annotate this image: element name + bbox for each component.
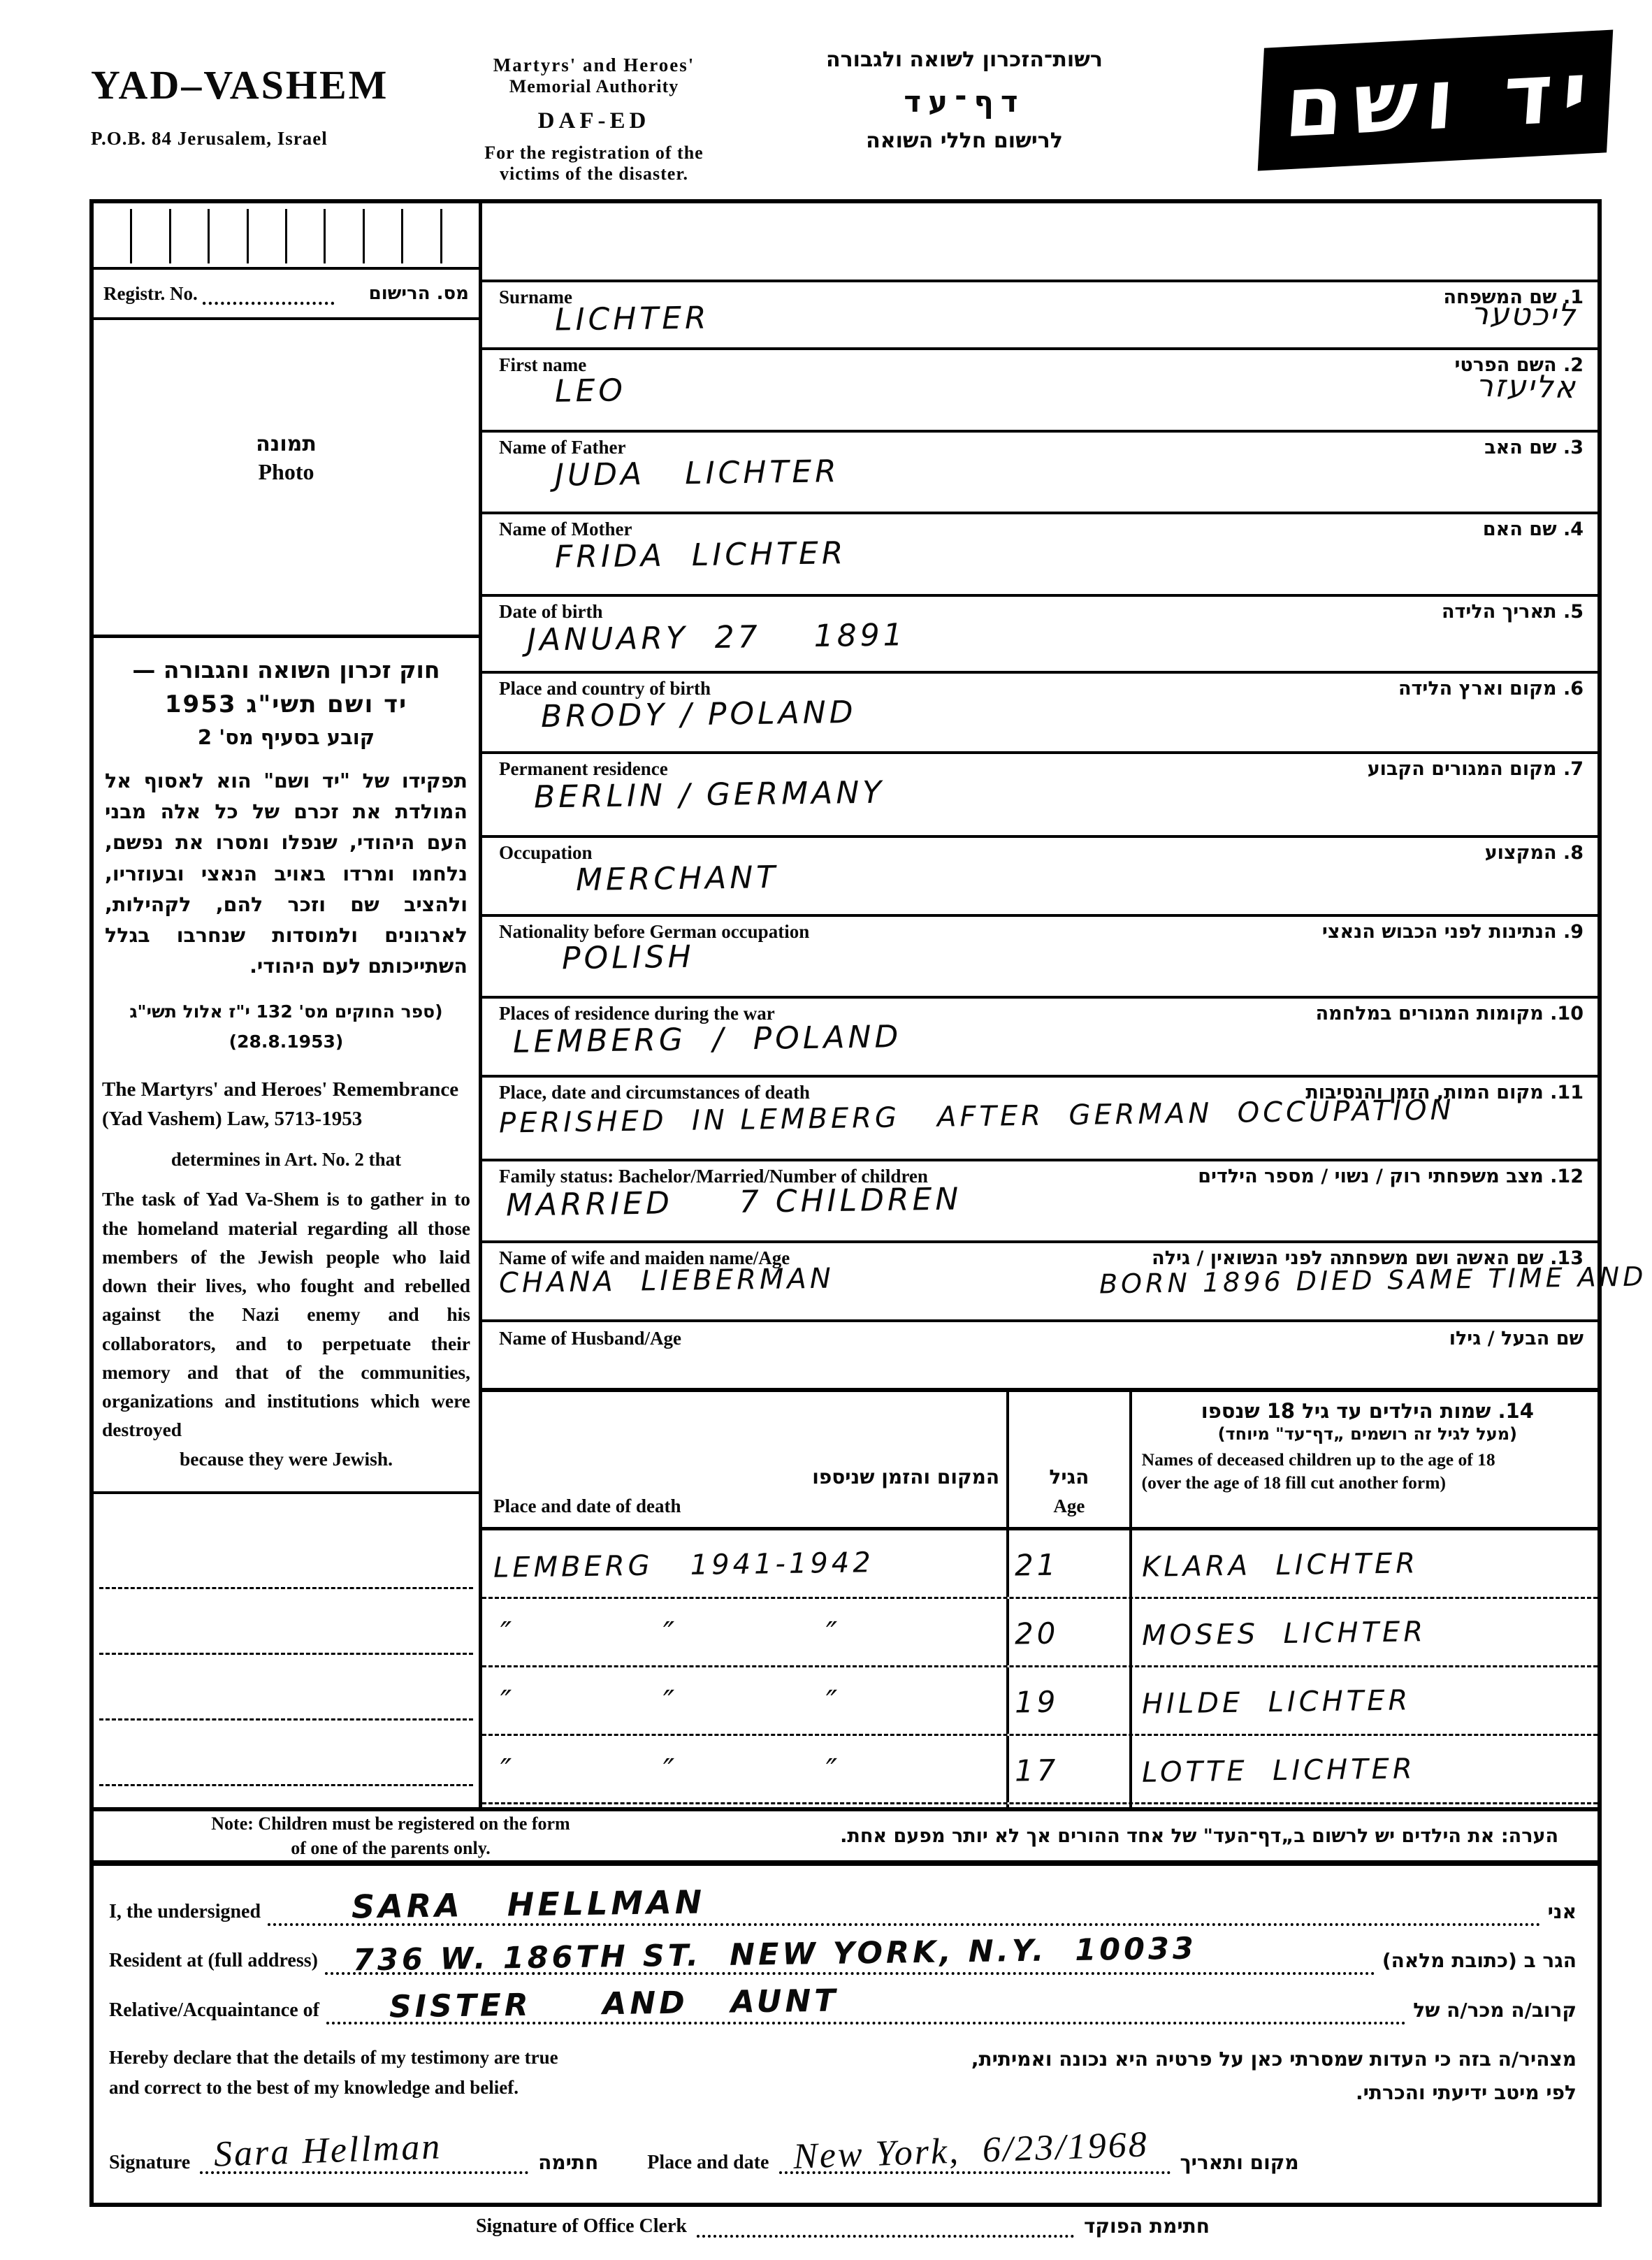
birth-date-label-he: 5. תאריך הלידה xyxy=(1442,601,1584,623)
mother-label-he: 4. שם האם xyxy=(1483,519,1584,540)
nationality-label-he: 9. הנתינות לפני הכבוש הנאצי xyxy=(1322,921,1584,943)
photo-label-hebrew: תמונה xyxy=(94,432,479,456)
father-value: JUDA LICHTER xyxy=(555,454,840,493)
signature-row: Signature Sara Hellman חתימה Place and d… xyxy=(109,2130,1577,2174)
law-title-hebrew: חוק זכרון השואה והגבורה — יד ושם תשי"ג 1… xyxy=(94,638,479,753)
law-paragraph-hebrew: תפקידו של "יד ושם" הוא לאסוף אל המולדת א… xyxy=(94,753,479,982)
ditto-mark: ″ xyxy=(500,1684,512,1720)
occupation-label-he: 8. המקצוע xyxy=(1485,842,1584,864)
declare-he-line2: לפי מיטב ידיעתי והכרתי. xyxy=(843,2076,1577,2110)
children-header-subtitle-he: (מעל לגיל זה רושמים „דף־עד" מיוחד) xyxy=(1142,1424,1593,1444)
children-table-row: ″ ″ ″ 17 LOTTE LICHTER xyxy=(482,1736,1597,1804)
declaration-section: I, the undersigned SARA HELLMAN אני Resi… xyxy=(94,1860,1597,2238)
declare-he-line1: מצהיר/ה בזה כי העדות שמסרתי כאן על פרטיה… xyxy=(843,2043,1577,2076)
children-table-row: ″ ″ ″ 20 MOSES LICHTER xyxy=(482,1599,1597,1667)
field-row-war-residence: Places of residence during the war 10. מ… xyxy=(482,999,1597,1078)
daf-ed-form-page: YAD–VASHEM P.O.B. 84 Jerusalem, Israel M… xyxy=(0,0,1652,2260)
law-citation: (ספר החוקים מס' 132 י"ז אלול תשי"ג (28.8… xyxy=(94,982,479,1057)
children-table-header: המקום והזמן שניספו Place and date of dea… xyxy=(482,1392,1597,1530)
form-code: DAF-ED xyxy=(419,108,769,134)
age-header-he: הגיל xyxy=(1015,1465,1124,1488)
photo-box: תמונה Photo xyxy=(94,320,479,638)
birth-place-value: BRODY / POLAND xyxy=(541,695,857,734)
children-header-title-he: 14. שמות הילדים עד גיל 18 שנספו xyxy=(1142,1399,1593,1423)
relative-label-hebrew: קרוב/ה מכר/ה של xyxy=(1413,1999,1577,2024)
resident-value: 736 W. 186TH ST. NEW YORK, N.Y. 10033 xyxy=(353,1932,1198,1978)
residence-label-he: 7. מקום המגורים הקבוע xyxy=(1368,758,1584,780)
law-title-english: The Martyrs' and Heroes' Remembrance (Ya… xyxy=(94,1057,479,1133)
fields-top-spacer xyxy=(482,203,1597,282)
org-address: P.O.B. 84 Jerusalem, Israel xyxy=(91,128,419,150)
logo-text: יד ושם xyxy=(1274,44,1597,157)
field-row-family-status: Family status: Bachelor/Married/Number o… xyxy=(482,1161,1597,1243)
law-determines-line: determines in Art. No. 2 that xyxy=(94,1133,479,1171)
war-residence-label-he: 10. מקומות המגורים במלחמה xyxy=(1316,1003,1584,1024)
field-row-nationality: Nationality before German occupation 9. … xyxy=(482,917,1597,999)
registr-no-dotted-line: ...................... xyxy=(202,288,365,310)
signature-label: Signature xyxy=(109,2152,190,2174)
law-paragraph-english: The task of Yad Va-Shem is to gather in … xyxy=(94,1171,479,1473)
family-status-value: MARRIED 7 CHILDREN xyxy=(506,1181,962,1223)
child-name: KLARA LICHTER xyxy=(1141,1547,1419,1584)
children-table-filler xyxy=(482,1804,1597,1807)
child-name: MOSES LICHTER xyxy=(1141,1616,1426,1652)
residence-value: BERLIN / GERMANY xyxy=(534,774,885,815)
field-row-death: Place, date and circumstances of death 1… xyxy=(482,1078,1597,1161)
form-body-frame: Registr. No. ...................... מס. … xyxy=(89,199,1602,2207)
undersigned-value: SARA HELLMAN xyxy=(352,1883,706,1926)
place-date-value: New York, 6/23/1968 xyxy=(792,2124,1150,2178)
fields-column: Surname 1. שם המשפחה LICHTER ליכטער Firs… xyxy=(482,203,1597,1807)
purpose-line1: For the registration of the xyxy=(419,143,769,164)
child-age: 20 xyxy=(1015,1616,1059,1651)
note-hebrew: הערה: את הילדים יש לרשום ב„דף־העד" של אח… xyxy=(669,1825,1579,1847)
age-header-en: Age xyxy=(1015,1495,1124,1517)
registr-no-label-hebrew: מס. הרישום xyxy=(369,283,469,304)
left-column: Registr. No. ...................... מס. … xyxy=(94,203,482,1807)
upper-section: Registr. No. ...................... מס. … xyxy=(94,203,1597,1807)
ditto-mark: ″ xyxy=(500,1753,512,1788)
authority-line1: Martyrs' and Heroes' xyxy=(419,55,769,76)
birth-place-label-en: Place and country of birth xyxy=(499,678,711,700)
occupation-value: MERCHANT xyxy=(576,860,779,898)
mother-value: FRIDA LICHTER xyxy=(555,535,847,575)
residence-label-en: Permanent residence xyxy=(499,758,668,780)
registration-number-row: Registr. No. ...................... מס. … xyxy=(94,270,479,320)
photo-label-english: Photo xyxy=(94,459,479,485)
child-age: 19 xyxy=(1015,1685,1059,1720)
ditto-mark: ″ xyxy=(663,1616,675,1651)
children-table-row: LEMBERG 1941-1942 21 KLARA LICHTER xyxy=(482,1530,1597,1599)
registration-number-boxes xyxy=(94,203,479,270)
child-place-date: LEMBERG 1941-1942 xyxy=(493,1546,874,1584)
left-column-empty-lines xyxy=(94,1523,479,1807)
field-row-first-name: First name 2. השם הפרטי LEO אליעזר xyxy=(482,350,1597,433)
org-name-english: YAD–VASHEM xyxy=(91,61,419,108)
undersigned-label-hebrew: אני xyxy=(1548,1900,1577,1926)
relative-line: Relative/Acquaintance of SISTER AND AUNT… xyxy=(109,1986,1577,2024)
field-row-mother: Name of Mother 4. שם האם FRIDA LICHTER xyxy=(482,514,1597,597)
note-en-line1: Note: Children must be registered on the… xyxy=(112,1811,669,1836)
birth-date-label-en: Date of birth xyxy=(499,601,602,623)
war-residence-value: LEMBERG / POLAND xyxy=(513,1019,902,1060)
signature-value: Sara Hellman xyxy=(213,2127,442,2175)
children-table-row: ″ ″ ″ 19 HILDE LICHTER xyxy=(482,1667,1597,1736)
birth-place-label-he: 6. מקום וארץ הלידה xyxy=(1398,678,1584,700)
law-title-line3: קובע בסעיף מס' 2 xyxy=(106,725,466,749)
law-title-line2: יד ושם תשי"ג 1953 xyxy=(106,690,466,718)
law-paragraph-english-lastline: because they were Jewish. xyxy=(102,1444,470,1473)
ditto-mark: ″ xyxy=(826,1616,838,1651)
first-name-value: LEO xyxy=(555,372,627,409)
mother-label-en: Name of Mother xyxy=(499,519,632,540)
ditto-mark: ″ xyxy=(826,1753,838,1788)
declare-statement: Hereby declare that the details of my te… xyxy=(109,2043,1577,2109)
purpose-line2: victims of the disaster. xyxy=(419,164,769,184)
resident-label-hebrew: הגר ב (כתובת מלאה) xyxy=(1382,1949,1577,1975)
field-row-birth-place: Place and country of birth 6. מקום וארץ … xyxy=(482,674,1597,754)
relative-value: SISTER AND AUNT xyxy=(389,1983,839,2025)
field-row-father: Name of Father 3. שם האב JUDA LICHTER xyxy=(482,433,1597,514)
org-block-english: YAD–VASHEM P.O.B. 84 Jerusalem, Israel xyxy=(91,27,419,150)
children-header-en-line2: (over the age of 18 fill cut another for… xyxy=(1142,1471,1593,1494)
left-column-divider-rule xyxy=(94,1491,479,1494)
birth-date-value: JANUARY 27 1891 xyxy=(527,617,906,658)
child-name: HILDE LICHTER xyxy=(1141,1684,1411,1720)
office-clerk-label: Signature of Office Clerk xyxy=(476,2215,687,2238)
child-age: 21 xyxy=(1015,1548,1059,1583)
surname-value-hebrew: ליכטער xyxy=(1471,296,1577,334)
office-clerk-label-hebrew: חתימת הפוקד xyxy=(1084,2215,1210,2238)
surname-value: LICHTER xyxy=(555,300,710,338)
yad-vashem-logo: יד ושם xyxy=(1258,30,1614,171)
field-row-birth-date: Date of birth 5. תאריך הלידה JANUARY 27 … xyxy=(482,597,1597,674)
office-clerk-dotted-line xyxy=(697,2235,1074,2238)
org-name-hebrew: רשות־הזכרון לשואה ולגבורה xyxy=(769,48,1160,72)
note-en-line2: of one of the parents only. xyxy=(112,1836,669,1860)
note-row: Note: Children must be registered on the… xyxy=(94,1807,1597,1860)
ditto-mark: ″ xyxy=(663,1684,675,1720)
children-header-en-line1: Names of deceased children up to the age… xyxy=(1142,1448,1593,1471)
field-row-wife: Name of wife and maiden name/Age 13. שם … xyxy=(482,1243,1597,1322)
law-paragraph-english-text: The task of Yad Va-Shem is to gather in … xyxy=(102,1188,470,1440)
first-name-value-hebrew: אליעזר xyxy=(1476,368,1577,406)
declare-en-line1: Hereby declare that the details of my te… xyxy=(109,2043,784,2073)
undersigned-line: I, the undersigned SARA HELLMAN אני xyxy=(109,1885,1577,1926)
resident-label: Resident at (full address) xyxy=(109,1950,318,1975)
purpose-hebrew: לרישום חללי השואה xyxy=(769,129,1160,153)
field-row-husband: Name of Husband/Age שם הבעל / גילו xyxy=(482,1322,1597,1392)
signature-label-hebrew: חתימה xyxy=(538,2151,598,2174)
authority-line2: Memorial Authority xyxy=(419,76,769,97)
children-table: המקום והזמן שניספו Place and date of dea… xyxy=(482,1392,1597,1807)
occupation-label-en: Occupation xyxy=(499,842,593,864)
husband-label-he: שם הבעל / גילו xyxy=(1449,1328,1584,1349)
child-age: 17 xyxy=(1015,1753,1059,1788)
authority-block: Martyrs' and Heroes' Memorial Authority … xyxy=(419,27,769,184)
resident-line: Resident at (full address) 736 W. 186TH … xyxy=(109,1937,1577,1975)
note-english: Note: Children must be registered on the… xyxy=(112,1811,669,1860)
ditto-mark: ″ xyxy=(500,1616,512,1651)
law-citation-line2: (28.8.1953) xyxy=(94,1027,479,1057)
place-death-header-he: המקום והזמן שניספו xyxy=(493,1465,999,1488)
death-label-en: Place, date and circumstances of death xyxy=(499,1082,810,1103)
office-clerk-row: Signature of Office Clerk חתימת הפוקד xyxy=(109,2215,1577,2238)
wife-value: CHANA LIEBERMAN xyxy=(499,1263,834,1300)
child-name: LOTTE LICHTER xyxy=(1141,1753,1415,1788)
field-row-occupation: Occupation 8. המקצוע MERCHANT xyxy=(482,838,1597,917)
place-date-label: Place and date xyxy=(647,2152,769,2174)
form-code-hebrew: דף־עד xyxy=(769,85,1160,119)
place-death-header-en: Place and date of death xyxy=(493,1495,999,1517)
relative-label: Relative/Acquaintance of xyxy=(109,1999,319,2024)
place-date-label-hebrew: מקום ותאריך xyxy=(1180,2151,1299,2174)
father-label-en: Name of Father xyxy=(499,437,625,458)
husband-label-en: Name of Husband/Age xyxy=(499,1328,681,1349)
ditto-mark: ″ xyxy=(663,1753,675,1788)
declare-statement-hebrew: מצהיר/ה בזה כי העדות שמסרתי כאן על פרטיה… xyxy=(843,2043,1577,2109)
nationality-value: POLISH xyxy=(562,939,695,977)
family-status-label-he: 12. מצב משפחתי רוק / נשוי / מספר הילדים xyxy=(1198,1166,1584,1187)
father-label-he: 3. שם האב xyxy=(1484,437,1584,458)
field-row-residence: Permanent residence 7. מקום המגורים הקבו… xyxy=(482,754,1597,838)
law-title-line1: חוק זכרון השואה והגבורה — xyxy=(106,656,466,683)
org-block-hebrew: רשות־הזכרון לשואה ולגבורה דף־עד לרישום ח… xyxy=(769,27,1160,153)
ditto-mark: ″ xyxy=(826,1684,838,1720)
law-citation-line1: (ספר החוקים מס' 132 י"ז אלול תשי"ג xyxy=(94,997,479,1027)
declare-en-line2: and correct to the best of my knowledge … xyxy=(109,2073,784,2103)
undersigned-label: I, the undersigned xyxy=(109,1901,261,1926)
registr-no-label: Registr. No. xyxy=(103,283,198,305)
field-row-surname: Surname 1. שם המשפחה LICHTER ליכטער xyxy=(482,282,1597,350)
form-header: YAD–VASHEM P.O.B. 84 Jerusalem, Israel M… xyxy=(91,27,1610,184)
declare-statement-english: Hereby declare that the details of my te… xyxy=(109,2043,784,2109)
